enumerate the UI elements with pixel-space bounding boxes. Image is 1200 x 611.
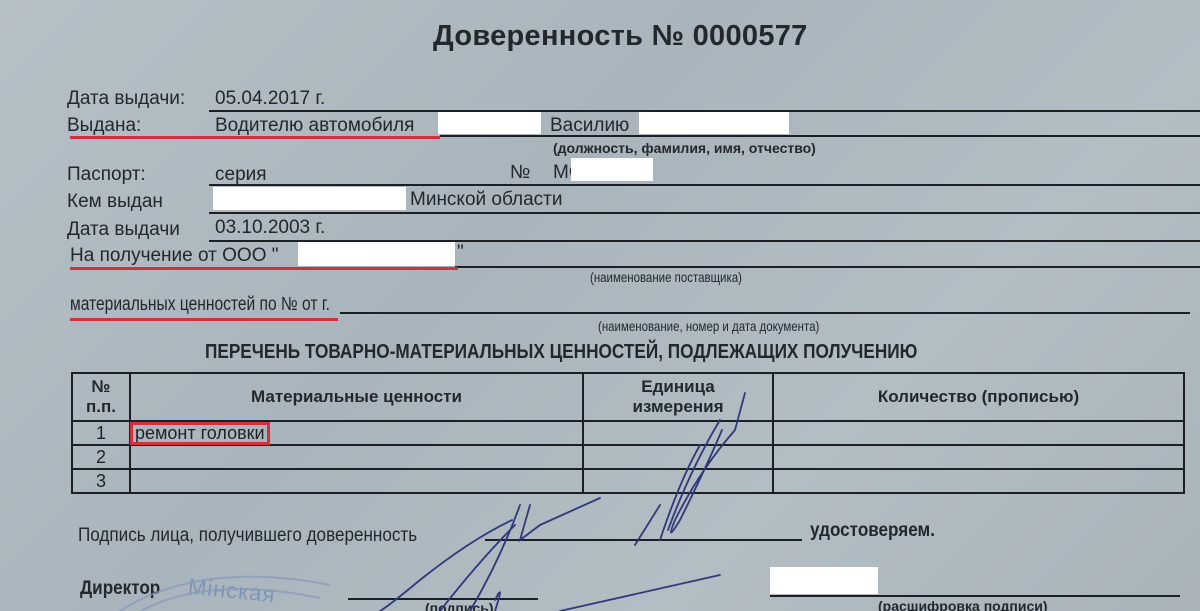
col-header-quantity: Количество (прописью) xyxy=(773,373,1184,421)
row-unit xyxy=(583,469,773,493)
col-header-unit: Единица измерения xyxy=(583,373,773,421)
col-header-unit-line1: Единица xyxy=(584,377,772,397)
row-quantity xyxy=(773,421,1184,445)
highlight-valuables xyxy=(70,318,338,321)
stamp-text: Мінская xyxy=(187,573,277,608)
receive-from-close-quote: " xyxy=(457,242,464,264)
row-unit xyxy=(583,445,773,469)
issue-date-label: Дата выдачи: xyxy=(67,88,185,110)
col-header-number: № п.п. xyxy=(72,373,130,421)
redacted-surname xyxy=(438,112,541,134)
highlight-receive-from xyxy=(70,267,458,270)
document-caption: (наименование, номер и дата документа) xyxy=(598,318,819,334)
table-header-row: № п.п. Материальные ценности Единица изм… xyxy=(72,373,1184,421)
highlight-issued-to xyxy=(70,136,440,139)
passport-date-value: 03.10.2003 г. xyxy=(215,217,325,239)
valuables-rule xyxy=(340,312,1190,314)
table-row: 3 xyxy=(72,469,1184,493)
row-number: 1 xyxy=(72,421,130,445)
col-header-number-line1: № xyxy=(73,377,129,397)
receive-from-rule xyxy=(455,266,1200,268)
issued-to-label: Выдана: xyxy=(67,115,141,137)
row-unit xyxy=(583,421,773,445)
issued-to-value: Водителю автомобиля xyxy=(215,115,414,137)
director-label: Директор xyxy=(80,578,160,600)
issue-date-value: 05.04.2017 г. xyxy=(215,88,325,110)
recipient-signature-rule xyxy=(485,539,802,541)
col-header-unit-line2: измерения xyxy=(584,397,772,417)
redacted-director-name xyxy=(770,567,878,594)
table-row: 2 xyxy=(72,445,1184,469)
recipient-signature-label: Подпись лица, получившего доверенность xyxy=(78,525,417,547)
redacted-supplier xyxy=(298,242,455,266)
redacted-patronymic xyxy=(639,112,789,134)
table-heading: ПЕРЕЧЕНЬ ТОВАРНО-МАТЕРИАЛЬНЫХ ЦЕННОСТЕЙ,… xyxy=(205,341,917,364)
passport-rule xyxy=(209,184,1200,186)
row-number: 2 xyxy=(72,445,130,469)
decipher-caption: (расшифровка подписи) xyxy=(878,598,1048,611)
items-table: № п.п. Материальные ценности Единица изм… xyxy=(71,372,1185,494)
signature-caption: (подпись) xyxy=(425,600,494,611)
redacted-issuer xyxy=(213,187,406,210)
redacted-passport-number xyxy=(571,158,653,181)
supplier-caption: (наименование поставщика) xyxy=(590,269,742,285)
issued-to-rule xyxy=(440,135,1200,137)
passport-date-label: Дата выдачи xyxy=(67,219,180,241)
row-quantity xyxy=(773,445,1184,469)
table-row: 1 ремонт головки xyxy=(72,421,1184,445)
passport-label: Паспорт: xyxy=(67,164,146,186)
decipher-rule xyxy=(770,595,1180,597)
passport-number-label: № xyxy=(510,162,530,184)
issued-to-name: Василию xyxy=(550,115,629,137)
col-header-number-line2: п.п. xyxy=(73,397,129,417)
certify-label: удостоверяем. xyxy=(810,520,935,542)
receive-from-label: На получение от ООО " xyxy=(70,245,279,267)
row-number: 3 xyxy=(72,469,130,493)
issued-to-caption: (должность, фамилия, имя, отчество) xyxy=(553,140,816,156)
row-item xyxy=(130,469,583,493)
row-item xyxy=(130,445,583,469)
issued-by-rule xyxy=(209,212,1200,214)
row-quantity xyxy=(773,469,1184,493)
issued-by-label: Кем выдан xyxy=(67,191,163,213)
issued-by-value: Минской области xyxy=(410,189,562,211)
document-title: Доверенность № 0000577 xyxy=(433,20,808,53)
row-item-highlighted: ремонт головки xyxy=(131,423,269,444)
col-header-valuables: Материальные ценности xyxy=(130,373,583,421)
valuables-line: материальных ценностей по № от г. xyxy=(70,294,330,316)
row-item: ремонт головки xyxy=(130,421,583,445)
passport-series-label: серия xyxy=(215,164,267,186)
